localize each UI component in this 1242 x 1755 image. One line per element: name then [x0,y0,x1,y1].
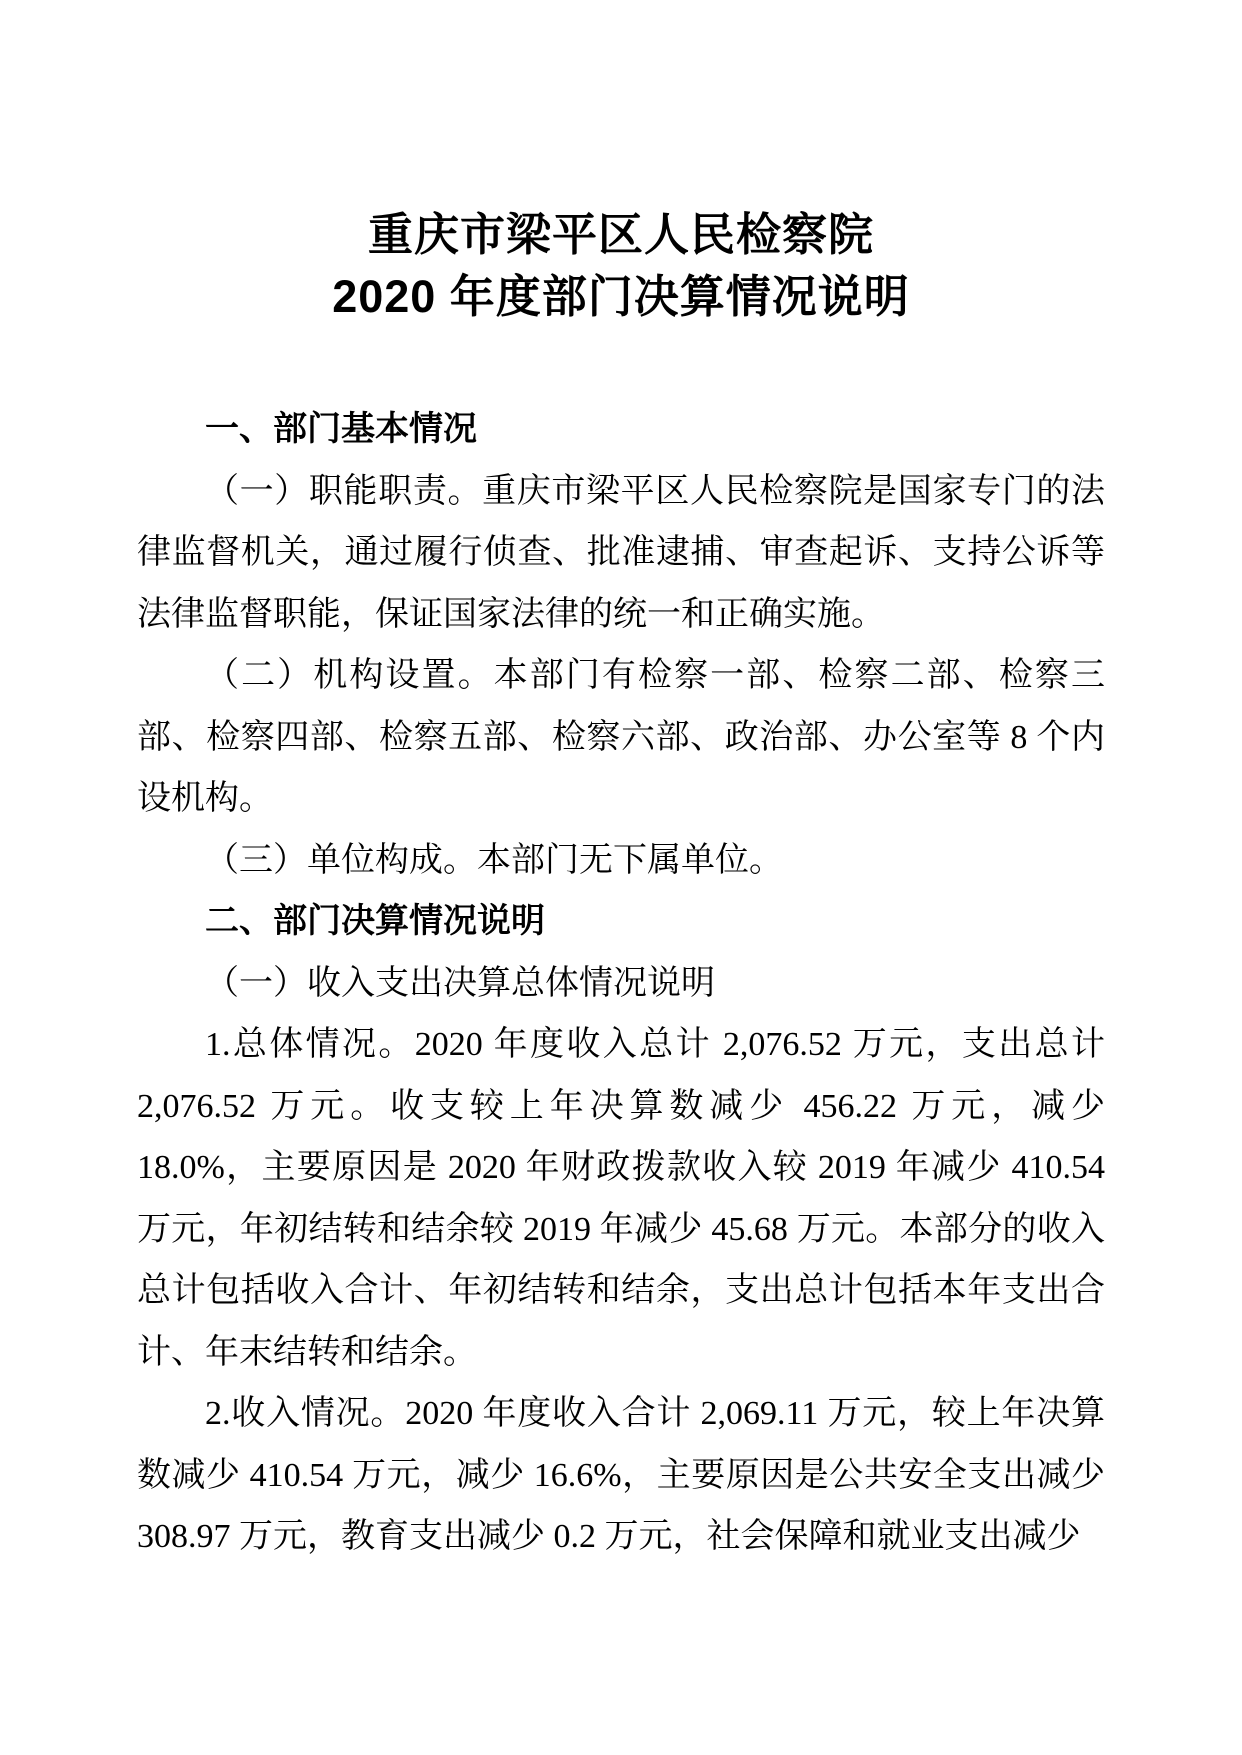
body-paragraph: （一）收入支出决算总体情况说明 [137,953,1105,1015]
body-paragraph: （一）职能职责。重庆市梁平区人民检察院是国家专门的法律监督机关，通过履行侦查、批… [137,461,1105,646]
document-title-line2: 2020 年度部门决算情况说明 [137,266,1105,328]
document-title: 重庆市梁平区人民检察院 2020 年度部门决算情况说明 [137,204,1105,328]
body-paragraph: 2.收入情况。2020 年度收入合计 2,069.11 万元，较上年决算数减少 … [137,1383,1105,1568]
body-paragraph: 1.总体情况。2020 年度收入总计 2,076.52 万元，支出总计 2,07… [137,1014,1105,1383]
document-page: 重庆市梁平区人民检察院 2020 年度部门决算情况说明 一、部门基本情况（一）职… [0,0,1242,1755]
section-heading: 一、部门基本情况 [137,399,1105,461]
document-body: 一、部门基本情况（一）职能职责。重庆市梁平区人民检察院是国家专门的法律监督机关，… [137,399,1105,1568]
body-paragraph: （三）单位构成。本部门无下属单位。 [137,830,1105,892]
document-title-line1: 重庆市梁平区人民检察院 [137,204,1105,266]
section-heading: 二、部门决算情况说明 [137,891,1105,953]
body-paragraph: （二）机构设置。本部门有检察一部、检察二部、检察三部、检察四部、检察五部、检察六… [137,645,1105,830]
